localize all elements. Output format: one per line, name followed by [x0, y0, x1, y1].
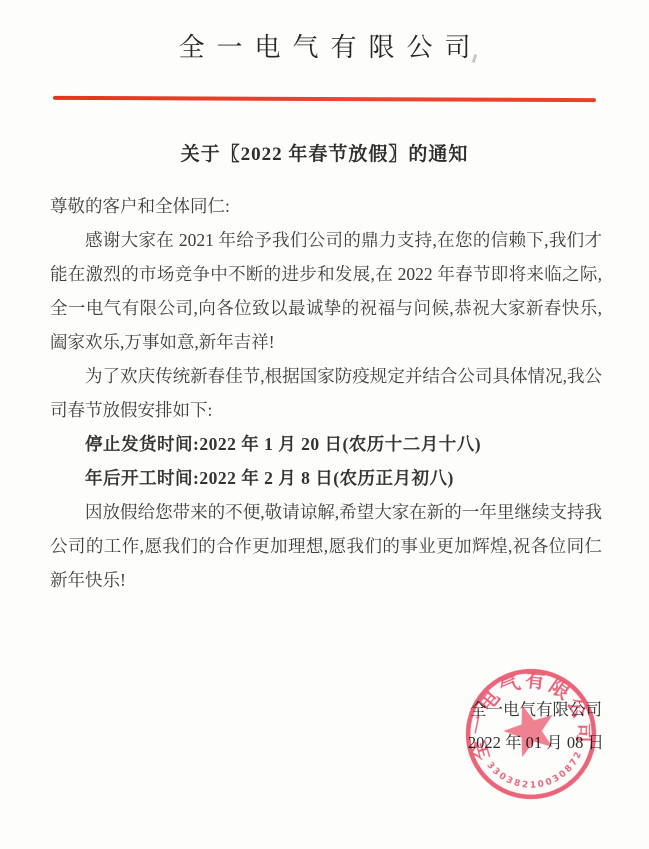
letter-body: 尊敬的客户和全体同仁: 感谢大家在 2021 年给予我们公司的鼎力支持,在您的信…: [50, 189, 602, 597]
company-seal: 全一电气有限公司 33038210030872: [452, 655, 610, 813]
letterhead-divider: [53, 96, 596, 102]
company-seal-graphic: 全一电气有限公司 33038210030872: [452, 655, 610, 813]
salutation: 尊敬的客户和全体同仁:: [50, 189, 602, 223]
stop-shipping-line: 停止发货时间:2022 年 1 月 20 日(农历十二月十八): [50, 427, 602, 461]
seal-star: [500, 701, 558, 759]
paragraph-closing: 因放假给您带来的不便,敬请谅解,希望大家在新的一年里继续支持我公司的工作,愿我们…: [50, 495, 602, 597]
notice-title: 关于〖2022 年春节放假〗的通知: [0, 143, 649, 167]
letterhead-company-name: 全一电气有限公司: [0, 0, 649, 66]
resume-work-line: 年后开工时间:2022 年 2 月 8 日(农历正月初八): [50, 461, 602, 495]
letter-page: 全一电气有限公司 关于〖2022 年春节放假〗的通知 尊敬的客户和全体同仁: 感…: [0, 0, 649, 849]
paragraph-arrangement: 为了欢庆传统新春佳节,根据国家防疫规定并结合公司具体情况,我公司春节放假安排如下…: [50, 359, 602, 427]
letterhead: 全一电气有限公司: [0, 0, 649, 101]
paragraph-greeting: 感谢大家在 2021 年给予我们公司的鼎力支持,在您的信赖下,我们才能在激烈的市…: [50, 223, 602, 359]
